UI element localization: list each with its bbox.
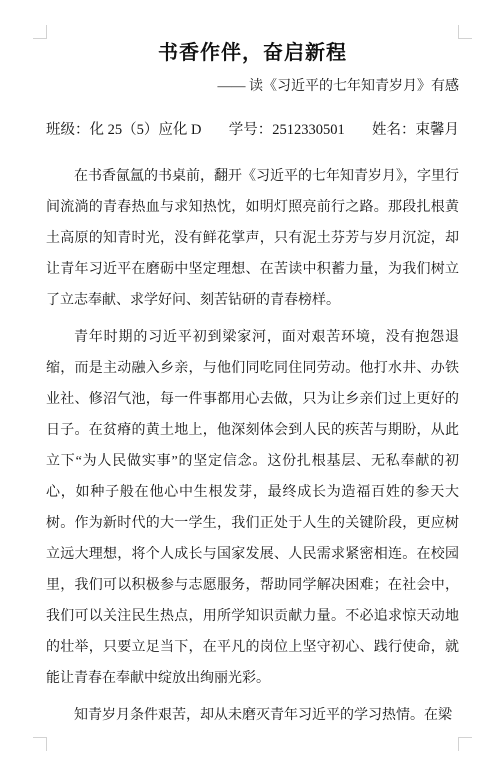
class-field: 班级：化 25（5）应化 D bbox=[46, 118, 201, 142]
essay-paragraph-3: 知青岁月条件艰苦，却从未磨灭青年习近平的学习热情。在梁 bbox=[46, 700, 459, 731]
crop-mark-bottom-right-icon bbox=[458, 737, 472, 751]
student-name-field: 姓名：束馨月 bbox=[372, 118, 459, 142]
crop-mark-top-left-icon bbox=[33, 25, 47, 39]
page-content: 书香作伴，奋启新程 —— 读《习近平的七年知青岁月》有感 班级：化 25（5）应… bbox=[46, 38, 459, 738]
crop-mark-top-right-icon bbox=[458, 25, 472, 39]
essay-body: 在书香氤氲的书桌前，翻开《习近平的七年知青岁月》，字里行间流淌的青春热血与求知热… bbox=[46, 161, 459, 731]
essay-title: 书香作伴，奋启新程 bbox=[46, 38, 459, 68]
essay-subtitle: —— 读《习近平的七年知青岁月》有感 bbox=[46, 76, 459, 98]
word-page: 书香作伴，奋启新程 —— 读《习近平的七年知青岁月》有感 班级：化 25（5）应… bbox=[0, 0, 503, 757]
student-id-field: 学号：2512330501 bbox=[229, 118, 345, 142]
student-info-line: 班级：化 25（5）应化 D 学号：2512330501 姓名：束馨月 bbox=[46, 118, 459, 142]
crop-mark-bottom-left-icon bbox=[33, 737, 47, 751]
document-page: { "doc": { "title": "书香作伴，奋启新程", "subtit… bbox=[0, 0, 503, 757]
essay-paragraph-2: 青年时期的习近平初到梁家河，面对艰苦环境，没有抱怨退缩，而是主动融入乡亲，与他们… bbox=[46, 322, 459, 694]
essay-paragraph-1: 在书香氤氲的书桌前，翻开《习近平的七年知青岁月》，字里行间流淌的青春热血与求知热… bbox=[46, 161, 459, 316]
